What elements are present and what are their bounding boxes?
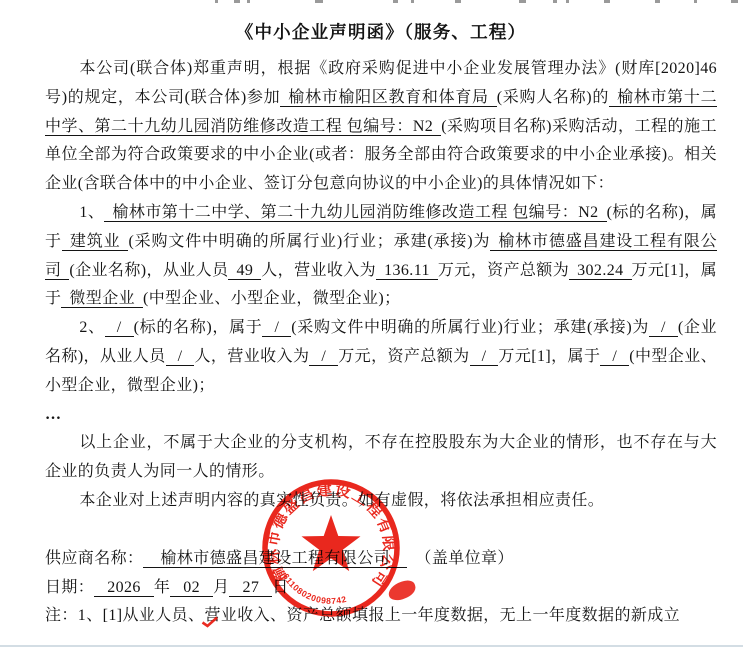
text-segment: …	[45, 406, 63, 423]
filled-blank: /	[105, 319, 134, 337]
text-segment: 万元，资产总额为	[338, 348, 469, 365]
supplier-line: 供应商名称：榆林市德盛昌建设工程有限公司 （盖单位章）	[45, 545, 717, 574]
text-segment: (企业名称)，从业人员	[69, 262, 228, 279]
filled-blank: 榆林市第十二中学、第二十九幼儿园消防维修改造工程 包编号：N2	[104, 204, 606, 222]
enterprise-2-paragraph: 2、/(标的名称)，属于/(采购文件中明确的所属行业)行业；承建(承接)为/(企…	[45, 314, 717, 400]
filled-blank: 榆林市德盛昌建设工程有限公司	[143, 550, 407, 568]
filled-blank: 02	[170, 579, 213, 597]
filled-blank: 27	[229, 579, 272, 597]
filled-blank: 302.24	[569, 262, 631, 280]
intro-paragraph: 本公司(联合体)郑重声明，根据《政府采购促进中小企业发展管理办法》(财库[202…	[45, 55, 717, 199]
enterprise-1-paragraph: 1、榆林市第十二中学、第二十九幼儿园消防维修改造工程 包编号：N2(标的名称)，…	[45, 199, 717, 314]
text-segment: (采购文件中明确的所属行业)行业；承建(承接)为	[291, 319, 649, 336]
filled-blank: 微型企业	[61, 290, 143, 308]
filled-blank: 建筑业	[62, 233, 129, 251]
text-segment: 注：1、[1]从业人员、营业收入、资产总额填报上一年度数据，无上一年度数据的新成…	[45, 607, 680, 624]
text-segment: 年	[154, 579, 170, 596]
filled-blank: 49	[228, 262, 261, 280]
text-segment: 月	[213, 579, 229, 596]
text-segment: 1、	[79, 204, 104, 221]
text-segment: （盖单位章）	[407, 550, 514, 567]
text-segment: (标的名称)，属于	[134, 319, 263, 336]
text-segment: (采购人名称)的	[497, 89, 609, 106]
declaration-document: 《中小企业声明函》（服务、工程） 本公司(联合体)郑重声明，根据《政府采购促进中…	[0, 0, 743, 655]
filled-blank: /	[649, 319, 678, 337]
ellipsis-line: …	[45, 401, 717, 430]
filled-blank: /	[470, 348, 499, 366]
no-affiliation-paragraph: 以上企业，不属于大企业的分支机构，不存在控股股东为大企业的情形，也不存在与大企业…	[45, 429, 717, 487]
text-segment: 2、	[79, 319, 104, 336]
text-segment: 以上企业，不属于大企业的分支机构，不存在控股股东为大企业的情形，也不存在与大企业…	[45, 434, 717, 480]
document-title: 《中小企业声明函》（服务、工程）	[45, 19, 717, 44]
text-segment: 日	[272, 579, 288, 596]
text-segment: 万元[1]，属于	[498, 348, 600, 365]
text-segment: 人，营业收入为	[261, 262, 376, 279]
text-segment: (采购文件中明确的所属行业)行业；承建(承接)为	[128, 233, 490, 250]
filled-blank: 榆林市榆阳区教育和体育局	[280, 89, 496, 107]
filled-blank: /	[262, 319, 291, 337]
stamp-ink-tick	[201, 616, 219, 628]
filled-blank: /	[600, 348, 629, 366]
filled-blank: 136.11	[376, 262, 438, 280]
text-segment: 日期：	[45, 579, 94, 596]
date-line: 日期：2026年02月27日	[45, 574, 717, 603]
text-segment: 人，营业收入为	[194, 348, 309, 365]
text-segment: (中型企业、小型企业，微型企业)；	[143, 290, 400, 307]
page-bottom-edge	[0, 645, 743, 647]
document-body: 本公司(联合体)郑重声明，根据《政府采购促进中小企业发展管理办法》(财库[202…	[45, 55, 717, 631]
text-segment: 供应商名称：	[45, 550, 143, 567]
text-segment: 万元，资产总额为	[438, 262, 569, 279]
responsibility-paragraph: 本企业对上述声明内容的真实性负责。如有虚假，将依法承担相应责任。	[45, 487, 717, 516]
filled-blank: 2026	[94, 579, 154, 597]
filled-blank: /	[166, 348, 195, 366]
filled-blank: /	[309, 348, 338, 366]
note-line: 注：1、[1]从业人员、营业收入、资产总额填报上一年度数据，无上一年度数据的新成…	[45, 602, 717, 631]
text-segment: 本企业对上述声明内容的真实性负责。如有虚假，将依法承担相应责任。	[79, 492, 604, 509]
